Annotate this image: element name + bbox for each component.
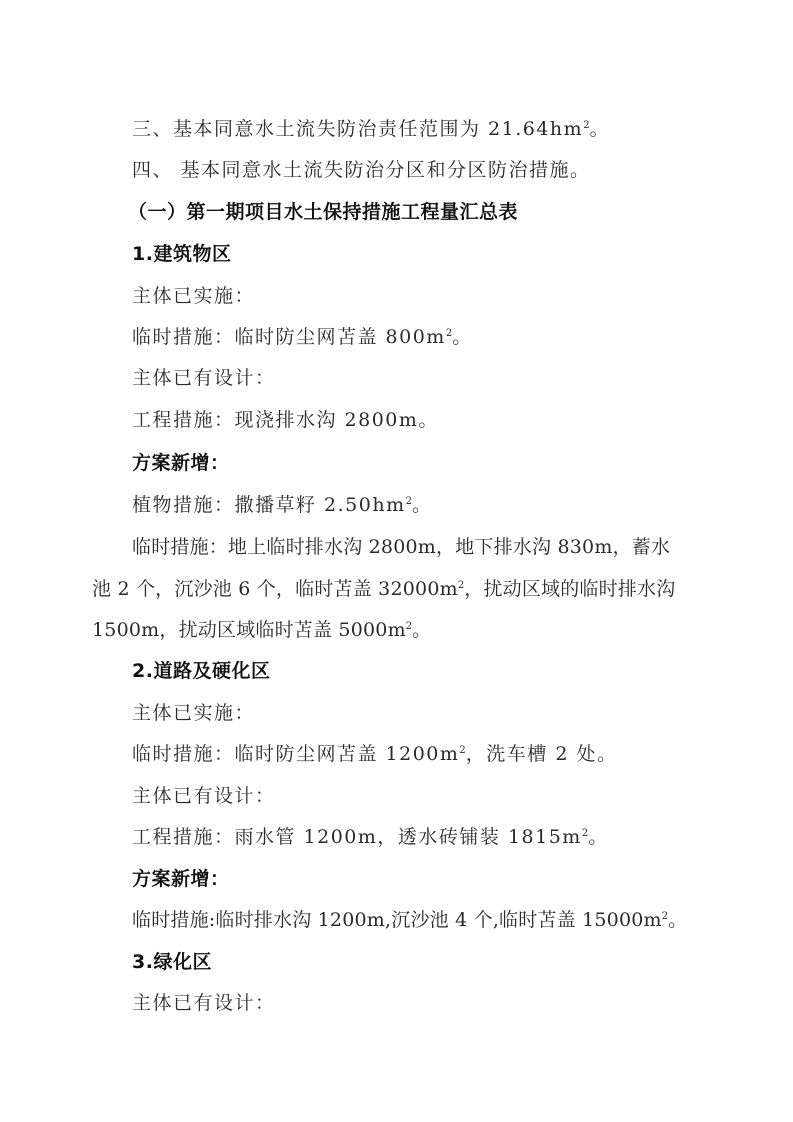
measure-line: 临时措施：临时防尘网苫盖 800m2。 xyxy=(132,325,473,349)
superscript: 2 xyxy=(582,828,588,839)
measure-line: 工程措施：雨水管 1200m，透水砖铺装 1815m2。 xyxy=(132,825,609,849)
new-plan-label: 方案新增： xyxy=(132,867,230,891)
measure-tail: 。 xyxy=(452,326,473,348)
subsection-heading-2: 2.道路及硬化区 xyxy=(132,659,270,683)
superscript: 2 xyxy=(583,120,589,131)
measure-text: 工程措施：雨水管 1200m，透水砖铺装 1815m xyxy=(132,826,582,848)
measure-text: 临时措施：临时防尘网苫盖 800m xyxy=(132,326,446,348)
measure-tail: 。 xyxy=(412,619,431,641)
measure-text: 池 2 个，沉沙池 6 个，临时苫盖 32000m xyxy=(92,578,458,600)
clause-three-text: 三、基本同意水土流失防治责任范围为 21.64hm xyxy=(132,118,583,140)
subsection-heading-1: 1.建筑物区 xyxy=(132,242,231,266)
measure-line: 植物措施：撒播草籽 2.50hm2。 xyxy=(132,493,433,517)
measure-tail: 。 xyxy=(412,494,433,516)
measure-line: 工程措施：现浇排水沟 2800m。 xyxy=(132,408,439,432)
measure-line-wrap: 池 2 个，沉沙池 6 个，临时苫盖 32000m2，扰动区域的临时排水沟 xyxy=(92,577,675,601)
subsection-heading-3: 3.绿化区 xyxy=(132,950,212,974)
superscript: 2 xyxy=(459,745,465,756)
implemented-label: 主体已实施： xyxy=(132,284,255,308)
measure-line: 临时措施:临时排水沟 1200m,沉沙池 4 个,临时苫盖 15000m2。 xyxy=(132,908,687,932)
clause-three-tail: 。 xyxy=(590,118,611,140)
measure-line: 临时措施：地上临时排水沟 2800m，地下排水沟 830m，蓄水 xyxy=(132,535,670,559)
measure-tail: ，洗车槽 2 处。 xyxy=(466,743,618,765)
clause-four: 四、 基本同意水土流失防治分区和分区防治措施。 xyxy=(132,158,591,182)
superscript: 2 xyxy=(406,496,412,507)
clause-three: 三、基本同意水土流失防治责任范围为 21.64hm2。 xyxy=(132,117,610,141)
measure-text: 临时措施:临时排水沟 1200m,沉沙池 4 个,临时苫盖 15000m xyxy=(132,909,662,931)
measure-tail: ，扰动区域的临时排水沟 xyxy=(464,578,675,600)
measure-line-wrap: 1500m，扰动区域临时苫盖 5000m2。 xyxy=(92,618,431,642)
measure-text: 1500m，扰动区域临时苫盖 5000m xyxy=(92,619,406,641)
superscript: 2 xyxy=(446,328,452,339)
designed-label: 主体已有设计： xyxy=(132,366,276,390)
designed-label: 主体已有设计： xyxy=(132,991,276,1015)
new-plan-label: 方案新增： xyxy=(132,451,230,475)
superscript: 2 xyxy=(406,621,412,632)
measure-tail: 。 xyxy=(588,826,609,848)
measure-text: 临时措施：临时防尘网苫盖 1200m xyxy=(132,743,459,765)
implemented-label: 主体已实施： xyxy=(132,701,255,725)
measure-text: 植物措施：撒播草籽 2.50hm xyxy=(132,494,406,516)
superscript: 2 xyxy=(458,580,464,591)
measure-tail: 。 xyxy=(668,909,687,931)
superscript: 2 xyxy=(662,911,668,922)
measure-line: 临时措施：临时防尘网苫盖 1200m2，洗车槽 2 处。 xyxy=(132,742,617,766)
designed-label: 主体已有设计： xyxy=(132,784,276,808)
section-heading: （一）第一期项目水土保持措施工程量汇总表 xyxy=(128,200,518,224)
